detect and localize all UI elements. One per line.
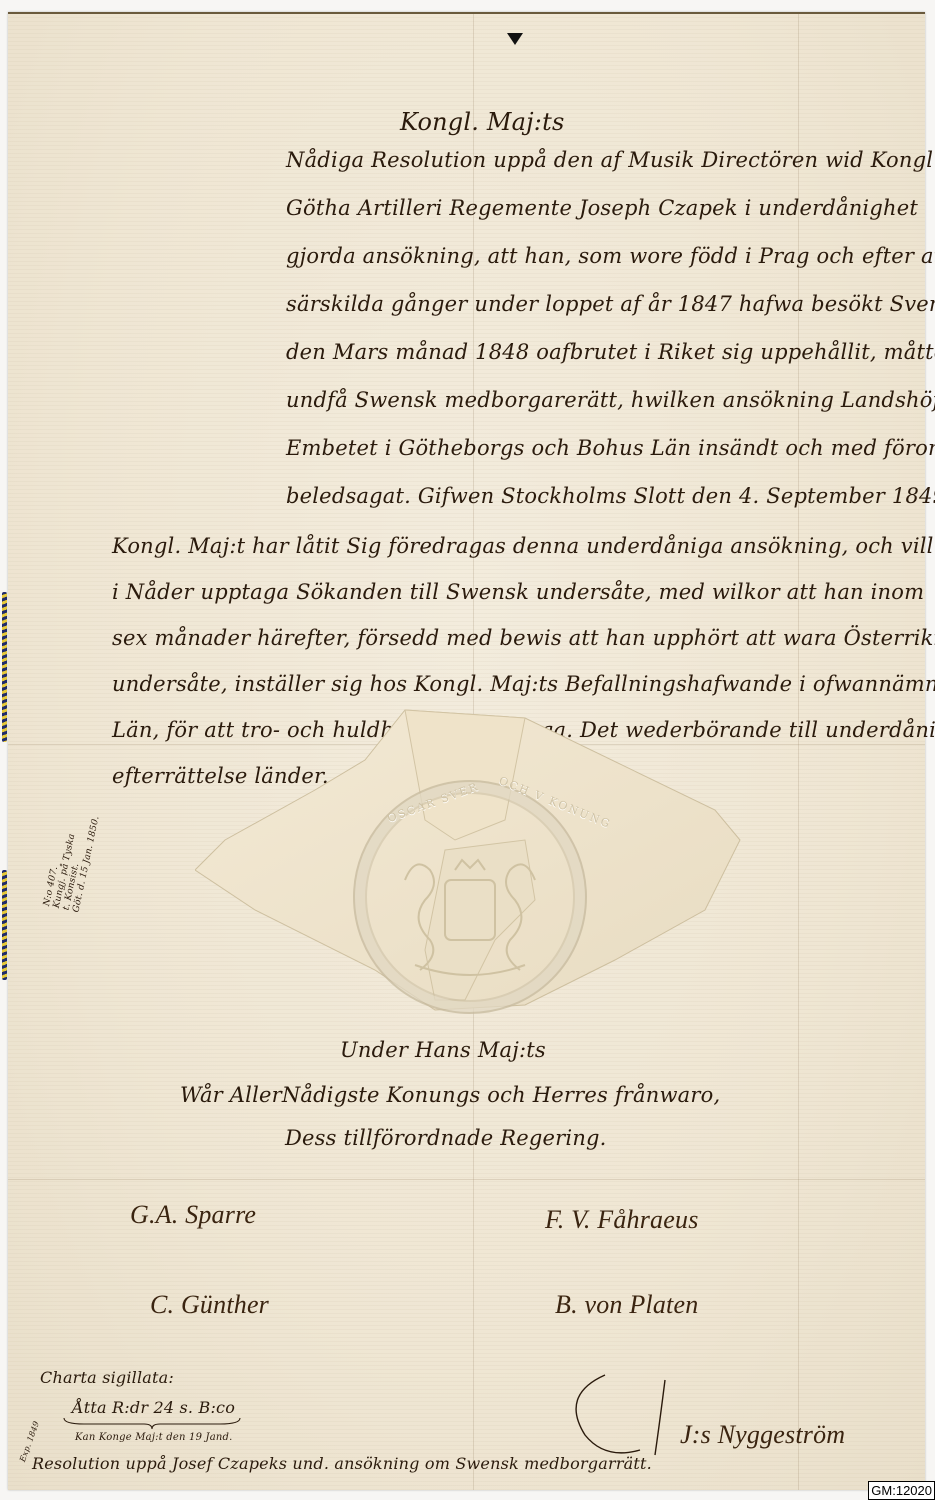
fee-note-line: Kan Konge Maj:t den 19 Jand. bbox=[75, 1432, 233, 1443]
endorsement: Resolution uppå Josef Czapeks und. ansök… bbox=[32, 1454, 652, 1473]
signature-platen: B. von Platen bbox=[555, 1290, 698, 1320]
body-line: undfå Swensk medborgarerätt, hwilken ans… bbox=[286, 390, 935, 411]
closing-line: Under Hans Maj:ts bbox=[340, 1040, 546, 1061]
fee-note-line: Charta sigillata: bbox=[40, 1368, 174, 1387]
seal-cord-upper bbox=[2, 592, 7, 742]
decision-line: Kongl. Maj:t har låtit Sig föredragas de… bbox=[112, 536, 934, 557]
signature-flourish bbox=[565, 1370, 685, 1460]
coat-of-arms-icon bbox=[375, 840, 565, 990]
embossed-seal: OSCAR SVER OCH V KONUNG bbox=[195, 700, 755, 1030]
signature-fahraeus: F. V. Fåhraeus bbox=[545, 1205, 699, 1235]
fold-line-horizontal-lower bbox=[8, 1179, 925, 1180]
fold-line-vertical-right bbox=[798, 14, 799, 1490]
body-line: beledsagat. Gifwen Stockholms Slott den … bbox=[286, 486, 935, 507]
signature-final: J:s Nyggeström bbox=[680, 1420, 845, 1450]
seal-cord-lower bbox=[2, 870, 7, 980]
binding-notch-icon bbox=[507, 33, 523, 45]
brace-underline bbox=[62, 1416, 242, 1430]
catalog-label: GM:12020 bbox=[868, 1481, 935, 1500]
decision-line: i Nåder upptaga Sökanden till Swensk und… bbox=[112, 582, 924, 603]
decision-line: sex månader härefter, försedd med bewis … bbox=[112, 628, 935, 649]
signature-sparre: G.A. Sparre bbox=[130, 1200, 256, 1230]
body-line: Embetet i Götheborgs och Bohus Län insän… bbox=[286, 438, 935, 459]
body-line: den Mars månad 1848 oafbrutet i Riket si… bbox=[286, 342, 935, 363]
body-line: särskilda gånger under loppet af år 1847… bbox=[286, 294, 935, 315]
fee-note-line: Åtta R:dr 24 s. B:co bbox=[72, 1398, 235, 1417]
body-line: Nådiga Resolution uppå den af Musik Dire… bbox=[286, 150, 935, 171]
document-heading: Kongl. Maj:ts bbox=[400, 108, 564, 136]
closing-line: Wår AllerNådigste Konungs och Herres frå… bbox=[180, 1085, 720, 1106]
body-line: gjorda ansökning, att han, som wore född… bbox=[286, 246, 935, 267]
body-line: Götha Artilleri Regemente Joseph Czapek … bbox=[286, 198, 918, 219]
closing-line: Dess tillförordnade Regering. bbox=[285, 1128, 607, 1149]
signature-gunther: C. Günther bbox=[150, 1290, 269, 1320]
decision-line: undersåte, inställer sig hos Kongl. Maj:… bbox=[112, 674, 935, 695]
